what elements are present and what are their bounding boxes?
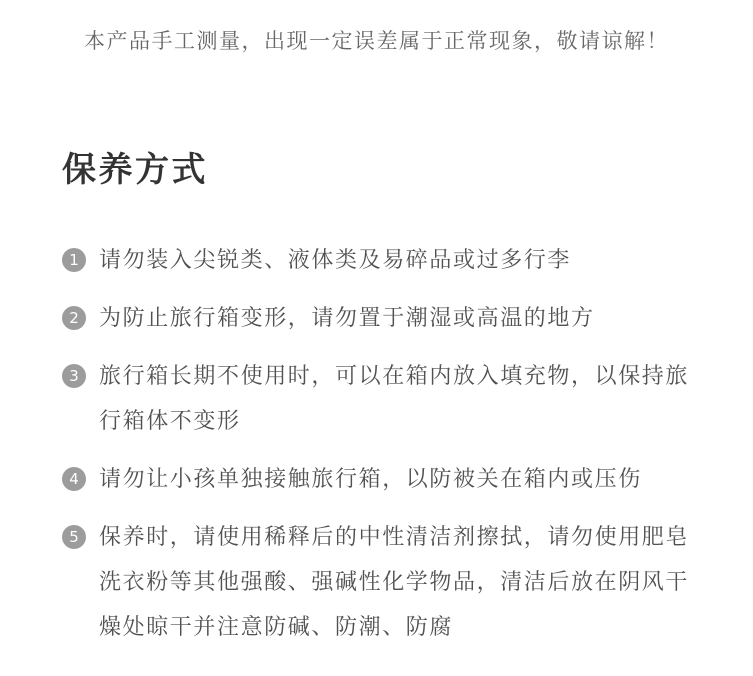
- list-item: 3 旅行箱长期不使用时，可以在箱内放入填充物，以保持旅行箱体不变形: [62, 354, 691, 444]
- measurement-disclaimer: 本产品手工测量，出现一定误差属于正常现象，敬请谅解！: [0, 0, 753, 52]
- list-item: 1 请勿装入尖锐类、液体类及易碎品或过多行李: [62, 238, 691, 283]
- list-item-text: 旅行箱长期不使用时，可以在箱内放入填充物，以保持旅行箱体不变形: [99, 354, 691, 444]
- step-number-badge: 1: [62, 248, 86, 272]
- step-number-badge: 3: [62, 364, 86, 388]
- step-number-badge: 5: [62, 525, 86, 549]
- step-number-badge: 4: [62, 467, 86, 491]
- list-item: 2 为防止旅行箱变形，请勿置于潮湿或高温的地方: [62, 296, 691, 341]
- step-number-badge: 2: [62, 306, 86, 330]
- product-care-section: 本产品手工测量，出现一定误差属于正常现象，敬请谅解！ 保养方式 1 请勿装入尖锐…: [0, 0, 753, 676]
- list-item-text: 请勿装入尖锐类、液体类及易碎品或过多行李: [99, 238, 691, 283]
- care-content: 保养方式 1 请勿装入尖锐类、液体类及易碎品或过多行李 2 为防止旅行箱变形，请…: [0, 153, 753, 650]
- section-title: 保养方式: [62, 153, 691, 188]
- list-item: 5 保养时，请使用稀释后的中性清洁剂擦拭，请勿使用肥皂洗衣粉等其他强酸、强碱性化…: [62, 515, 691, 650]
- list-item-text: 保养时，请使用稀释后的中性清洁剂擦拭，请勿使用肥皂洗衣粉等其他强酸、强碱性化学物…: [99, 515, 691, 650]
- list-item-text: 为防止旅行箱变形，请勿置于潮湿或高温的地方: [99, 296, 691, 341]
- list-item: 4 请勿让小孩单独接触旅行箱，以防被关在箱内或压伤: [62, 457, 691, 502]
- care-instructions-list: 1 请勿装入尖锐类、液体类及易碎品或过多行李 2 为防止旅行箱变形，请勿置于潮湿…: [62, 238, 691, 650]
- list-item-text: 请勿让小孩单独接触旅行箱，以防被关在箱内或压伤: [99, 457, 691, 502]
